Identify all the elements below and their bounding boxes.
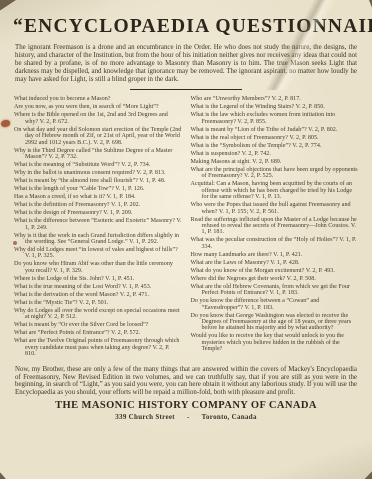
question-item: Read the sufferings inflicted upon the M… (191, 217, 359, 236)
question-item: What is the real object of Freemasonry? … (191, 135, 359, 141)
question-item: What do you know of the Morgan excitemen… (191, 268, 359, 274)
question-item: What are “Perfect Points of Entrance”? V… (14, 330, 182, 336)
question-item: How many Landmarks are there? V. 1, P. 4… (191, 252, 359, 258)
question-item: What is the design of Freemasonry? V. 1,… (14, 210, 182, 216)
question-item: What is suspension? V. 2, P. 742. (191, 151, 359, 157)
question-column-left: What induced you to become a Mason?Are y… (14, 96, 182, 358)
question-item: Acquittal: Can a Mason, having been acqu… (191, 181, 359, 200)
question-item: Has a Mason a creed, if so what is it? V… (14, 194, 182, 200)
question-item: Do you know who Hiram Abif was other tha… (14, 261, 182, 274)
question-item: What are the principal objections that h… (191, 167, 359, 180)
question-item: What is the “Symbolism of the Temple”? V… (191, 143, 359, 149)
address-separator: - (187, 413, 190, 421)
question-columns: What induced you to become a Mason?Are y… (14, 96, 358, 358)
question-item: What is the derivation of the word Mason… (14, 292, 182, 298)
paper-sheet: “ENCYCLOPAEDIA QUESTIONNAIRE” The ignora… (0, 0, 372, 479)
address-line: 339 Church Street - Toronto, Canada (13, 413, 359, 421)
question-item: Why do Lodges all over the world except … (14, 308, 182, 321)
question-item: What are the Twelve Original points of F… (14, 338, 182, 357)
question-item: What are the old Hebrew Covenants, from … (191, 284, 359, 297)
question-item: What is the Legend of the Winding Stairs… (191, 104, 359, 110)
question-item: Do you know that George Washington was e… (191, 313, 359, 332)
question-item: What is meant by “the almond tree shall … (14, 178, 182, 184)
question-item: What is the “Mystic Tie”? V. 2, P. 501. (14, 300, 182, 306)
question-item: Would you like to receive the key that w… (191, 333, 359, 352)
question-item: What is the meaning of “Substitute Word”… (14, 162, 182, 168)
scan-background: “ENCYCLOPAEDIA QUESTIONNAIRE” The ignora… (0, 0, 372, 479)
question-item: On what day and year did Solomon start e… (14, 127, 182, 146)
question-item: What is the true meaning of the Lost Wor… (14, 284, 182, 290)
address-city: Toronto, Canada (202, 413, 257, 421)
question-item: Why is it that the work in each Grand Ju… (14, 233, 182, 246)
paper-stain (1, 120, 10, 127)
question-item: Do you know the difference between a “Co… (191, 298, 359, 311)
question-item: Where is the Lodge of the Sts. John? V. … (14, 276, 182, 282)
question-item: Are you now, as you were then, in search… (14, 104, 182, 110)
divider-rule (130, 89, 242, 90)
publisher-name: THE MASONIC HISTORY COMPANY OF CANADA (13, 400, 359, 411)
question-item: Who were the Popes that issued the bull … (191, 202, 359, 215)
question-item: What is the length of your “Cable Tow”? … (14, 186, 182, 192)
question-item: What are the Laws of Masonry? V. 1, P. 4… (191, 260, 359, 266)
paper-stain-small (13, 241, 17, 245)
question-item: Making Masons at sight. V. 2, P. 689. (191, 159, 359, 165)
question-item: What is the law which excludes women fro… (191, 112, 359, 125)
question-item: What was the peculiar construction of th… (191, 237, 359, 250)
question-item: Why in the ballot is unanimous consent r… (14, 170, 182, 176)
closing-paragraph: Now, my Brother, these are only a few of… (15, 366, 357, 396)
question-item: What is meant by “Lion of the Tribe of J… (191, 127, 359, 133)
question-item: Where did the Negroes get their work? V.… (191, 276, 359, 282)
question-item: Why is the Third Degree called “the Subl… (14, 148, 182, 161)
question-item: Where is the Bible opened on the 1st, 2n… (14, 112, 182, 125)
question-item: What is meant by “Or ever the Silver Cor… (14, 322, 182, 328)
question-item: What is the definition of Freemasonry? V… (14, 202, 182, 208)
question-item: What induced you to become a Mason? (14, 96, 182, 102)
question-column-right: Who are “Unworthy Members”? V. 2, P. 817… (191, 96, 359, 358)
question-item: Why did old Lodges meet “in lowest of va… (14, 247, 182, 260)
question-item: Who are “Unworthy Members”? V. 2, P. 817… (191, 96, 359, 102)
question-item: What is the difference between “Esoteric… (14, 218, 182, 231)
intro-paragraph: The ignorant Freemason is a drone and an… (15, 44, 357, 84)
address-street: 339 Church Street (115, 413, 175, 421)
page-title: “ENCYCLOPAEDIA QUESTIONNAIRE” (13, 16, 359, 38)
